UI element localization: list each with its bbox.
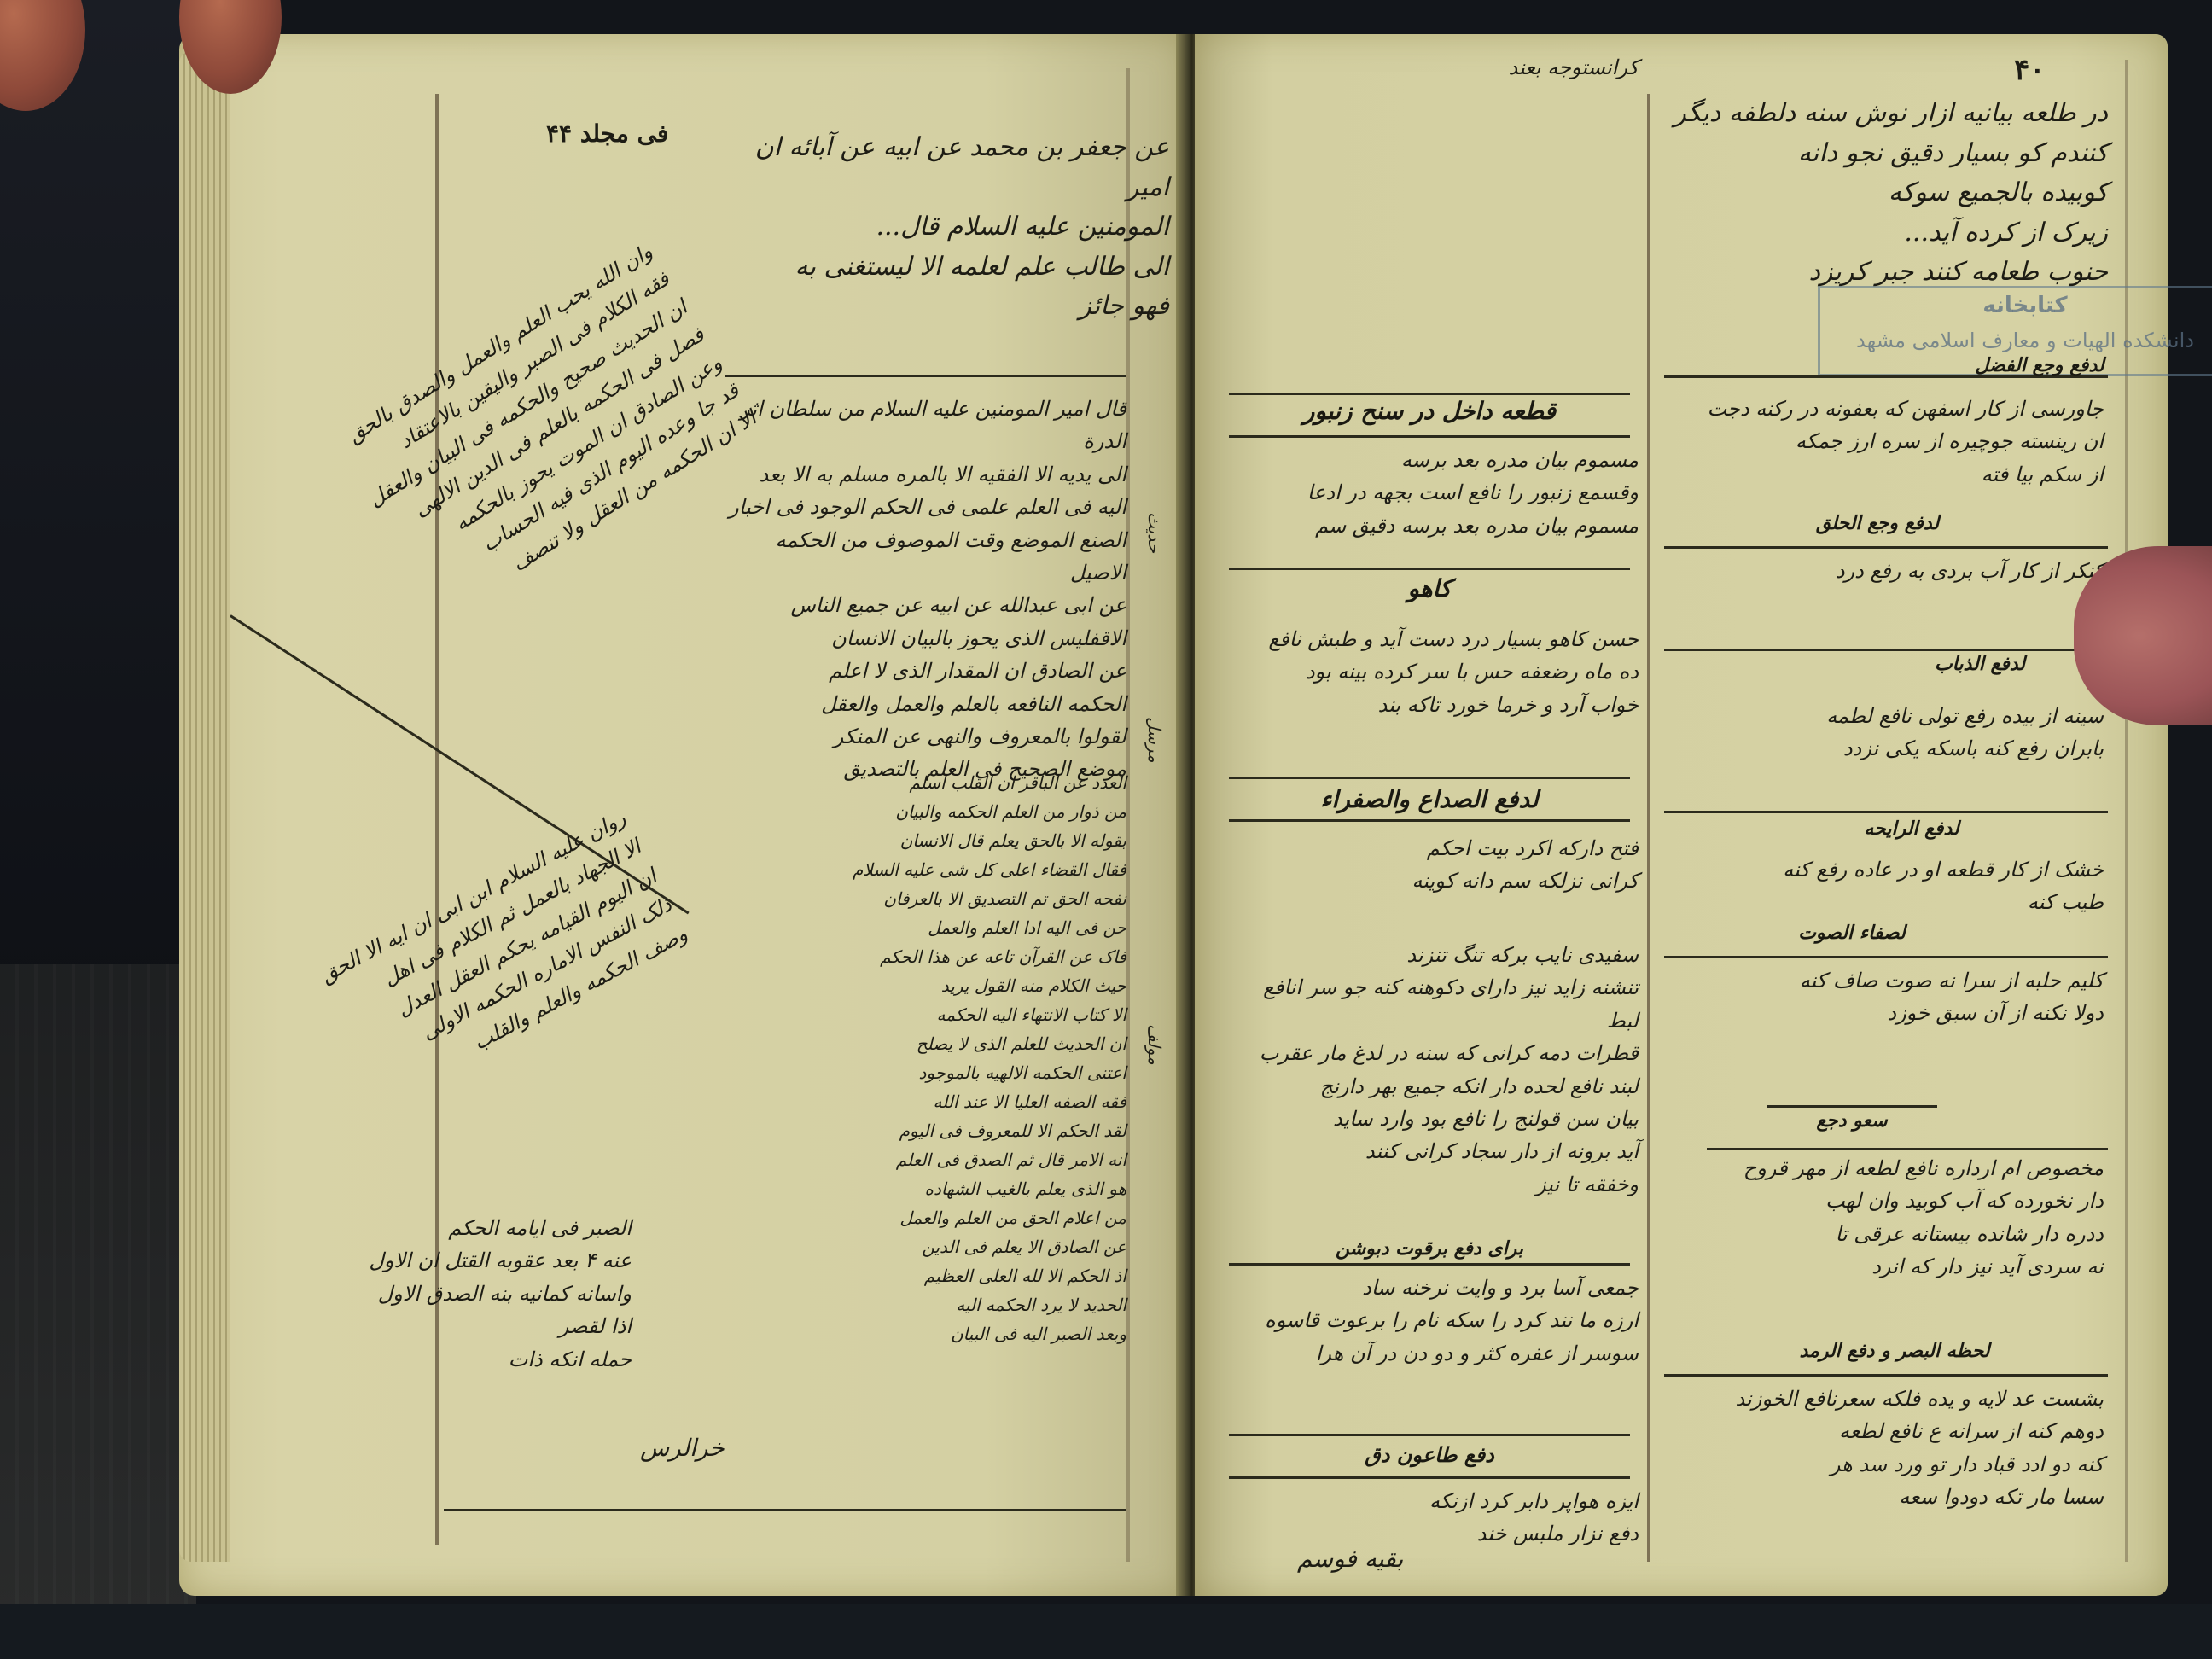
page-number: ۴۰: [2014, 53, 2046, 87]
section-rule: [725, 375, 1126, 377]
rule: [1664, 956, 2108, 958]
text-block-raiheh: خشک از کار قطعه او در عاده رفع کنه طیب ک…: [1660, 853, 2104, 919]
text-line: عن جعفر بن محمد عن ابیه عن آبائه ان امیر: [725, 128, 1169, 207]
text-block-zubab: سینه از بیده رفع تولی نافع لطمه بابران ر…: [1660, 700, 2104, 765]
text-block-zanbur: مسموم بیان مدره بعد برسه وقسمع زنبور را …: [1229, 444, 1639, 542]
heading-zubab: لدفع الذباب: [1860, 653, 2099, 675]
side-note-2: مرسل: [1135, 717, 1169, 763]
open-manuscript: فی مجلد ۴۴ عن جعفر بن محمد عن ابیه عن آب…: [179, 34, 2168, 1613]
text-block-saud: مخصوص ام ارداره نافع لطعه از مهر قروح دا…: [1660, 1152, 2104, 1284]
rule: [1229, 1263, 1630, 1266]
rule: [1229, 568, 1630, 570]
text-block-barghout: جمعی آسا برد و وایت نرخنه ساد ارزه ما نن…: [1229, 1272, 1639, 1370]
rule: [1229, 393, 1630, 395]
diagonal-margin-note: وان الله یحب العلم والعمل والصدق بالحق ف…: [193, 236, 763, 710]
right-top-line: کرانستوجه بعند: [1212, 51, 1639, 84]
side-note-1: حدیث: [1135, 512, 1169, 553]
text-block-middle: سفیدی نایب برکه تنگ تنزند تنشنه زاید نیز…: [1229, 939, 1639, 1201]
text-block-outer-1: جاورسی از کار اسفهن که بعفونه در رکنه دج…: [1660, 393, 2104, 491]
left-bottom-margin-text: الصبر فی ایامه الحکم عنه ۴ بعد عقوبه الق…: [239, 1212, 632, 1376]
heading-raiheh: لدفع الرایحه: [1792, 818, 2031, 840]
text-line: الی طالب علم لعلمه الا لیستغنی به: [725, 247, 1169, 288]
page-stack-edge: [179, 51, 230, 1562]
left-main-column: عن جعفر بن محمد عن ابیه عن آبائه ان امیر…: [725, 128, 1169, 327]
table-surface: [0, 964, 196, 1659]
left-lower-text-block: العدد عن الباقر ان القلب اسلم من ذوار من…: [725, 768, 1126, 1348]
heading-zanbur: قطعه داخل در سنح زنبور: [1229, 397, 1630, 425]
right-page-column-rule: [1647, 94, 1650, 1562]
heading-sudaa: لدفع الصداع والصفراء: [1229, 785, 1630, 813]
text-block-kahu: حسن کاهو بسیار درد دست آید و طبش نافع ده…: [1229, 623, 1639, 721]
right-page-margin-rule: [2125, 60, 2128, 1562]
text-block-taun: ایزه هواپر دابر کرد ازنکه دفع نزار ملبس …: [1229, 1485, 1639, 1551]
rule: [1229, 819, 1630, 822]
left-page-bottom-rule: [444, 1509, 1126, 1511]
folio-note: فی مجلد ۴۴: [546, 119, 668, 148]
text-block-sudaa: فتح دارکه اکرد بیت احکم کرانی نزلکه سم د…: [1229, 832, 1639, 898]
rule: [1664, 811, 2108, 813]
rule: [1664, 649, 2108, 651]
rule: [1664, 546, 2108, 549]
rule: [1664, 1374, 2108, 1377]
right-upper-text-block: در طلعه بیانیه ازار نوش سنه دلطفه دیگر ک…: [1212, 94, 2108, 293]
heading-kahu: کاهو: [1229, 574, 1630, 602]
heading-barghout: براى دفع برقوت دبوشن: [1229, 1237, 1630, 1260]
heading-taun: دفع طاعون دق: [1229, 1442, 1630, 1467]
heading-halq: لدفع وجع الحلق: [1792, 512, 1963, 534]
finger-right: [2074, 546, 2212, 725]
left-dense-text-block: قال امیر المومنین علیه السلام من سلطان ا…: [725, 393, 1126, 786]
rule: [1229, 1434, 1630, 1436]
rule: [1767, 1105, 1937, 1108]
text-line: فهو جائز: [725, 287, 1169, 327]
text-block-sout: کلیم حلبه از سرا نه صوت صاف کنه دولا نکن…: [1660, 964, 2104, 1030]
text-block-basar: بشست عد لایه و یده فلکه سعرنافع الخوزند …: [1660, 1382, 2104, 1514]
heading-sout: لصفاء الصوت: [1724, 922, 1980, 944]
right-page: ۴۰ کرانستوجه بعند در طلعه بیانیه ازار نو…: [1195, 34, 2168, 1596]
rule: [1707, 1148, 2108, 1150]
diagonal-margin-note-lower: روان علیه السلام ابن ابی ان ایه الا الحق…: [195, 802, 694, 1171]
heading-dafe-waja: لدفع وجع الفضل: [1963, 354, 2116, 376]
text-line: المومنین علیه السلام قال...: [725, 207, 1169, 247]
heading-saud: سعو دجع: [1758, 1109, 1946, 1132]
right-catchword: بقیه فوسم: [1297, 1545, 1403, 1573]
rule: [1229, 777, 1630, 779]
left-page: فی مجلد ۴۴ عن جعفر بن محمد عن ابیه عن آب…: [179, 34, 1186, 1596]
rule: [1229, 435, 1630, 438]
left-catchword: خرالرس: [640, 1434, 725, 1462]
heading-basar: لحظه البصر و دفع الرمد: [1681, 1340, 2108, 1362]
rule: [1229, 1476, 1630, 1479]
text-block-halq: کنکر از کار آب بردی به رفع درد: [1660, 555, 2104, 587]
side-note-3: مولف: [1135, 1024, 1169, 1065]
